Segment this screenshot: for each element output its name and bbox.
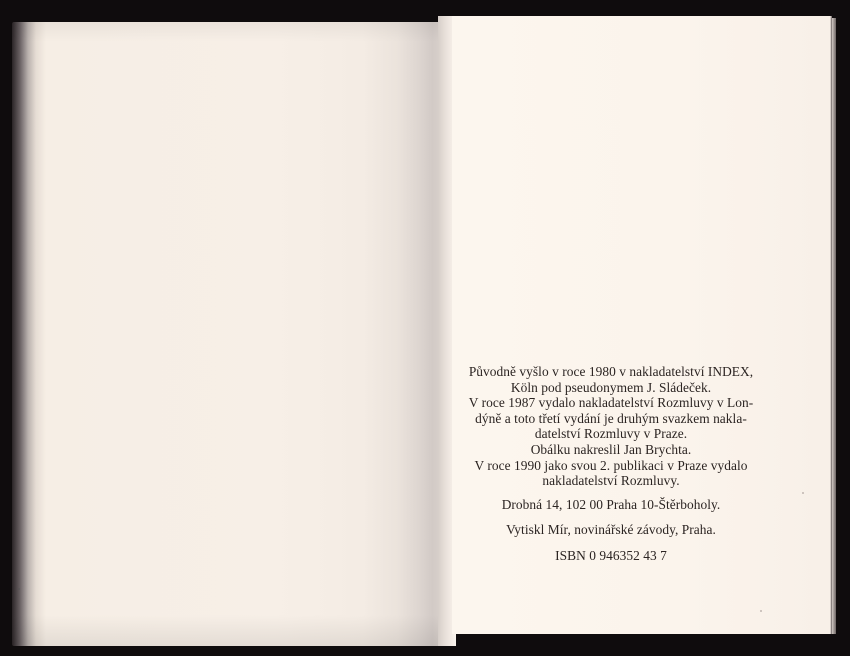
left-page xyxy=(12,22,450,646)
dust-speck xyxy=(18,588,20,590)
colophon-line: Původně vyšlo v roce 1980 v nakladatelst… xyxy=(452,364,770,380)
publisher-address: Drobná 14, 102 00 Praha 10-Štěrboholy. xyxy=(452,497,770,513)
colophon-line: V roce 1990 jako svou 2. publikaci v Pra… xyxy=(452,458,770,474)
colophon-line: Köln pod pseudonymem J. Sládeček. xyxy=(452,380,770,396)
colophon-line: V roce 1987 vydalo nakladatelství Rozmlu… xyxy=(452,395,770,411)
paper-speck xyxy=(802,492,804,494)
printer-line: Vytiskl Mír, novinářské závody, Praha. xyxy=(452,522,770,538)
colophon-text: Původně vyšlo v roce 1980 v nakladatelst… xyxy=(452,364,770,564)
paper-speck xyxy=(760,610,762,612)
colophon-line: datelství Rozmluvy v Praze. xyxy=(452,426,770,442)
isbn-line: ISBN 0 946352 43 7 xyxy=(452,548,770,564)
colophon-line: dýně a toto třetí vydání je druhým svazk… xyxy=(452,411,770,427)
page-edge xyxy=(832,18,836,634)
colophon-line: nakladatelství Rozmluvy. xyxy=(452,473,770,489)
colophon-line: Obálku nakreslil Jan Brychta. xyxy=(452,442,770,458)
book-spread-photo: Původně vyšlo v roce 1980 v nakladatelst… xyxy=(0,0,850,656)
